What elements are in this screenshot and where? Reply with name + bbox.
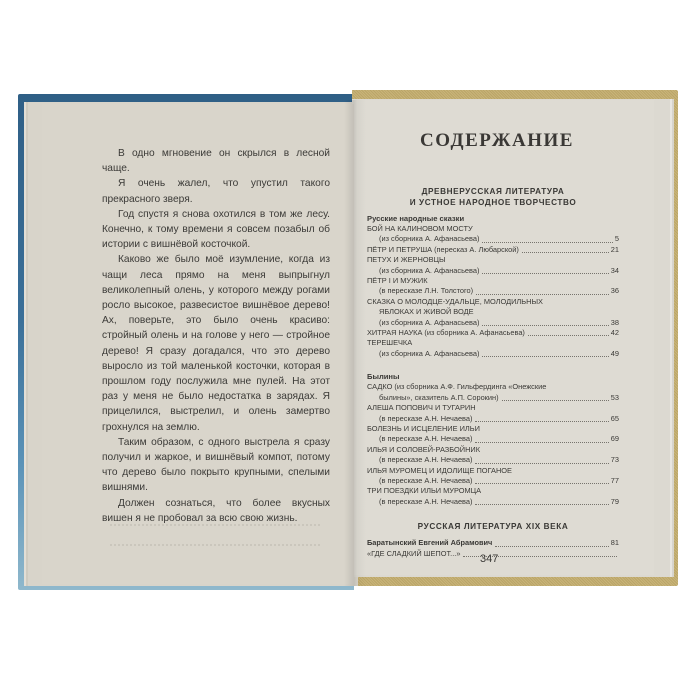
subsection-title: Русские народные сказки [367,214,619,224]
paragraph: Каково же было моё изумление, когда из ч… [102,252,330,434]
entry-note: (в пересказе А.Н. Нечаева) [379,455,472,465]
toc-entry[interactable]: ТЕРЕШЕЧКА(из сборника А. Афанасьева)49 [367,338,619,359]
page-ref: 38 [611,318,619,328]
entry-title: ЯБЛОКАХ И ЖИВОЙ ВОДЕ [379,307,474,317]
page-number: 347 [480,553,498,565]
page-ref: 49 [611,349,619,359]
toc-entry[interactable]: ХИТРАЯ НАУКА (из сборника А. Афанасьева)… [367,328,619,338]
entry-title: «ГДЕ СЛАДКИЙ ШЕПОТ...» [367,549,460,559]
page-ref: 34 [611,266,619,276]
entry-note: (из сборника А. Афанасьева) [379,234,479,244]
paragraph: Таким образом, с одного выстрела я сразу… [102,435,330,496]
section-title-line: ДРЕВНЕРУССКАЯ ЛИТЕРАТУРА [367,186,619,197]
page-ref: 79 [611,497,619,507]
toc-entry[interactable]: ИЛЬЯ МУРОМЕЦ И ИДОЛИЩЕ ПОГАНОЕ(в переска… [367,466,619,487]
page-ref: 36 [611,286,619,296]
page-ref: 42 [611,328,619,338]
entry-note: (в пересказе А.Н. Нечаева) [379,497,472,507]
toc-list-tales: БОЙ НА КАЛИНОВОМ МОСТУ(из сборника А. Аф… [367,224,619,359]
paragraph: Должен сознаться, что более вкусных више… [102,496,330,526]
section-title-line: И УСТНОЕ НАРОДНОЕ ТВОРЧЕСТВО [367,197,619,208]
entry-title: ИЛЬЯ И СОЛОВЕЙ-РАЗБОЙНИК [367,445,480,455]
toc-entry[interactable]: ТРИ ПОЕЗДКИ ИЛЬИ МУРОМЦА(в пересказе А.Н… [367,486,619,507]
toc-entry[interactable]: СКАЗКА О МОЛОДЦЕ-УДАЛЬЦЕ, МОЛОДИЛЬНЫХЯБЛ… [367,297,619,328]
paragraph: В одно мгновение он скрылся в лесной чащ… [102,146,330,176]
toc-entry[interactable]: САДКО (из сборника А.Ф. Гильфердинга «Он… [367,382,619,403]
entry-note: былины», сказитель А.П. Сорокин) [379,393,499,403]
section-title: ДРЕВНЕРУССКАЯ ЛИТЕРАТУРА И УСТНОЕ НАРОДН… [367,186,619,208]
entry-note: (из сборника А. Афанасьева) [379,349,479,359]
table-of-contents: СОДЕРЖАНИЕ ДРЕВНЕРУССКАЯ ЛИТЕРАТУРА И УС… [367,130,619,559]
entry-title: ТРИ ПОЕЗДКИ ИЛЬИ МУРОМЦА [367,486,481,496]
paragraph: Год спустя я снова охотился в том же лес… [102,207,330,253]
entry-title: ПЕТУХ И ЖЕРНОВЦЫ [367,255,446,265]
entry-title: АЛЕША ПОПОВИЧ И ТУГАРИН [367,403,476,413]
entry-title: ПЁТР I И МУЖИК [367,276,428,286]
toc-entry[interactable]: ПЕТУХ И ЖЕРНОВЦЫ(из сборника А. Афанасье… [367,255,619,276]
entry-title: ХИТРАЯ НАУКА (из сборника А. Афанасьева) [367,328,525,338]
subsection-title: Былины [367,372,619,382]
entry-note: (в пересказе А.Н. Нечаева) [379,434,472,444]
page-ref: 69 [611,434,619,444]
section-title: РУССКАЯ ЛИТЕРАТУРА XIX ВЕКА [367,521,619,532]
entry-title: БОЙ НА КАЛИНОВОМ МОСТУ [367,224,473,234]
paragraph: Я очень жалел, что упустил такого прекра… [102,176,330,206]
page-ref: 77 [611,476,619,486]
toc-entry[interactable]: ПЁТР И ПЕТРУША (пересказ А. Любарской)21 [367,245,619,255]
book-gutter [344,100,366,586]
entry-note: (из сборника А. Афанасьева) [379,318,479,328]
page-ref: 73 [611,455,619,465]
entry-note: (из сборника А. Афанасьева) [379,266,479,276]
toc-entry[interactable]: БОЛЕЗНЬ И ИСЦЕЛЕНИЕ ИЛЬИ(в пересказе А.Н… [367,424,619,445]
toc-list-bylinas: САДКО (из сборника А.Ф. Гильфердинга «Он… [367,382,619,507]
author-name: Баратынский Евгений Абрамович [367,538,492,548]
toc-entry[interactable]: БОЙ НА КАЛИНОВОМ МОСТУ(из сборника А. Аф… [367,224,619,245]
page-ref: 81 [611,538,619,548]
story-text: В одно мгновение он скрылся в лесной чащ… [102,146,330,526]
toc-entry[interactable]: АЛЕША ПОПОВИЧ И ТУГАРИН(в пересказе А.Н.… [367,403,619,424]
toc-entry[interactable]: ИЛЬЯ И СОЛОВЕЙ-РАЗБОЙНИК(в пересказе А.Н… [367,445,619,466]
page-ref: 53 [611,393,619,403]
toc-title: СОДЕРЖАНИЕ [375,130,619,152]
entry-title: БОЛЕЗНЬ И ИСЦЕЛЕНИЕ ИЛЬИ [367,424,480,434]
show-through-text [110,524,320,546]
entry-title: ПЁТР И ПЕТРУША (пересказ А. Любарской) [367,245,519,255]
entry-note: (в пересказе Л.Н. Толстого) [379,286,473,296]
toc-entry[interactable]: ПЁТР I И МУЖИК(в пересказе Л.Н. Толстого… [367,276,619,297]
entry-title: САДКО (из сборника А.Ф. Гильфердинга «Он… [367,382,546,392]
page-ref: 5 [615,234,619,244]
entry-note: (в пересказе А.Н. Нечаева) [379,414,472,424]
entry-title: СКАЗКА О МОЛОДЦЕ-УДАЛЬЦЕ, МОЛОДИЛЬНЫХ [367,297,543,307]
entry-note: (в пересказе А.Н. Нечаева) [379,476,472,486]
page-ref: 21 [611,245,619,255]
entry-title: ТЕРЕШЕЧКА [367,338,412,348]
entry-title: ИЛЬЯ МУРОМЕЦ И ИДОЛИЩЕ ПОГАНОЕ [367,466,512,476]
page-ref: 65 [611,414,619,424]
